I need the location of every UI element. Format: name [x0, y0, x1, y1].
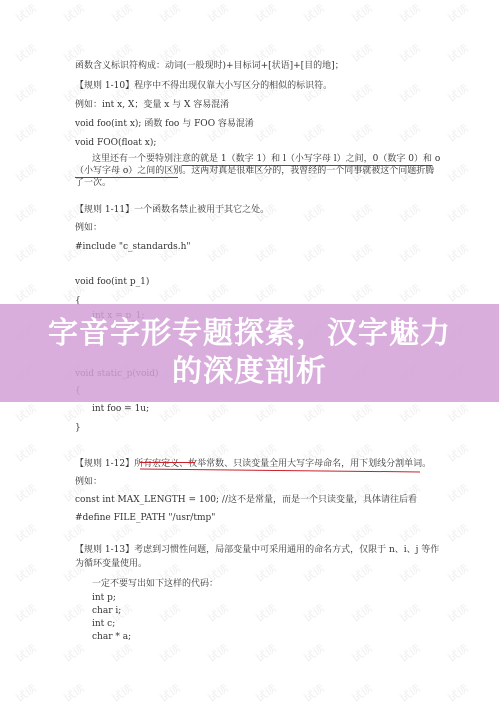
watermark-text: 试读: [12, 680, 39, 706]
watermark-text: 试读: [348, 600, 375, 626]
watermark-text: 试读: [252, 640, 279, 666]
rule-1-11: 【规则 1-11】一个函数名禁止被用于其它之处。: [75, 204, 269, 216]
watermark-text: 试读: [300, 640, 327, 666]
watermark-text: 试读: [156, 280, 183, 306]
watermark-text: 试读: [348, 400, 375, 426]
watermark-text: 试读: [444, 240, 471, 266]
watermark-text: 试读: [204, 600, 231, 626]
watermark-text: 试读: [396, 600, 423, 626]
watermark-text: 试读: [252, 520, 279, 546]
watermark-text: 试读: [108, 640, 135, 666]
red-strikethrough: [140, 462, 195, 463]
example-int-x: 例如：int x, X；变量 x 与 X 容易混淆: [75, 99, 229, 111]
watermark-text: 试读: [156, 400, 183, 426]
watermark-text: 试读: [204, 280, 231, 306]
watermark-text: 试读: [300, 200, 327, 226]
watermark-text: 试读: [60, 680, 87, 706]
watermark-text: 试读: [300, 0, 327, 26]
watermark-text: 试读: [60, 640, 87, 666]
example-label-2: 例如：: [75, 476, 102, 488]
watermark-text: 试读: [12, 560, 39, 586]
watermark-text: 试读: [444, 200, 471, 226]
watermark-text: 试读: [300, 240, 327, 266]
watermark-text: 试读: [12, 0, 39, 26]
watermark-text: 试读: [156, 0, 183, 26]
watermark-text: 试读: [300, 560, 327, 586]
watermark-text: 试读: [348, 680, 375, 706]
watermark-text: 试读: [12, 120, 39, 146]
paragraph-line-1: 这里还有一个要特别注意的就是 1（数字 1）和 l（小写字母 l）之间，0（数字…: [92, 153, 440, 165]
watermark-text: 试读: [348, 80, 375, 106]
watermark-text: 试读: [204, 680, 231, 706]
watermark-text: 试读: [300, 680, 327, 706]
watermark-text: 试读: [396, 200, 423, 226]
dont-write-label: 一定不要写出如下这样的代码：: [92, 578, 218, 590]
watermark-text: 试读: [12, 240, 39, 266]
example-void-foo: void foo(int x); 函数 foo 与 FOO 容易混淆: [75, 118, 254, 130]
watermark-text: 试读: [396, 520, 423, 546]
watermark-text: 试读: [348, 200, 375, 226]
watermark-text: 试读: [108, 680, 135, 706]
watermark-text: 试读: [60, 600, 87, 626]
watermark-text: 试读: [396, 280, 423, 306]
title-banner: 字音字形专题探索，汉字魅力 的深度剖析: [0, 304, 499, 402]
banner-title-line-1: 字音字形专题探索，汉字魅力: [48, 315, 451, 353]
watermark-text: 试读: [396, 560, 423, 586]
watermark-text: 试读: [300, 120, 327, 146]
watermark-text: 试读: [396, 680, 423, 706]
code-line: int c;: [92, 618, 115, 630]
watermark-text: 试读: [348, 120, 375, 146]
watermark-text: 试读: [12, 400, 39, 426]
watermark-text: 试读: [252, 400, 279, 426]
watermark-text: 试读: [444, 680, 471, 706]
example-void-FOO: void FOO(float x);: [75, 137, 156, 149]
document-page: 试读试读试读试读试读试读试读试读试读试读试读试读试读试读试读试读试读试读试读试读…: [0, 0, 499, 706]
watermark-text: 试读: [12, 440, 39, 466]
define-line: #define FILE_PATH "/usr/tmp": [75, 512, 215, 524]
watermark-text: 试读: [348, 520, 375, 546]
watermark-text: 试读: [396, 400, 423, 426]
watermark-text: 试读: [156, 600, 183, 626]
watermark-text: 试读: [12, 520, 39, 546]
watermark-text: 试读: [348, 640, 375, 666]
rule-1-13-line-2: 为循环变量使用。: [75, 558, 147, 570]
banner-title-line-2: 的深度剖析: [172, 353, 327, 391]
watermark-text: 试读: [396, 640, 423, 666]
watermark-text: 试读: [252, 600, 279, 626]
watermark-text: 试读: [348, 240, 375, 266]
watermark-text: 试读: [12, 480, 39, 506]
watermark-text: 试读: [252, 240, 279, 266]
watermark-text: 试读: [396, 80, 423, 106]
watermark-text: 试读: [60, 0, 87, 26]
watermark-text: 试读: [444, 120, 471, 146]
example-label: 例如：: [75, 222, 102, 234]
watermark-text: 试读: [300, 400, 327, 426]
watermark-text: 试读: [444, 520, 471, 546]
watermark-text: 试读: [396, 240, 423, 266]
watermark-text: 试读: [396, 0, 423, 26]
watermark-text: 试读: [396, 40, 423, 66]
watermark-text: 试读: [12, 80, 39, 106]
watermark-text: 试读: [444, 0, 471, 26]
watermark-text: 试读: [12, 40, 39, 66]
watermark-text: 试读: [204, 400, 231, 426]
static-body: int foo = 1u;: [92, 403, 149, 415]
watermark-text: 试读: [348, 560, 375, 586]
watermark-text: 试读: [204, 240, 231, 266]
rule-1-13-line-1: 【规则 1-13】考虑到习惯性问题，局部变量中可采用通用的命名方式，仅限于 n、…: [75, 544, 439, 556]
watermark-text: 试读: [444, 560, 471, 586]
watermark-text: 试读: [444, 400, 471, 426]
watermark-text: 试读: [348, 280, 375, 306]
watermark-text: 试读: [12, 160, 39, 186]
rule-1-10: 【规则 1-10】程序中不得出现仅靠大小写区分的相似的标识符。: [75, 80, 332, 92]
watermark-text: 试读: [12, 600, 39, 626]
watermark-text: 试读: [108, 0, 135, 26]
watermark-text: 试读: [300, 600, 327, 626]
watermark-text: 试读: [300, 280, 327, 306]
watermark-text: 试读: [252, 0, 279, 26]
watermark-text: 试读: [300, 520, 327, 546]
watermark-text: 试读: [60, 400, 87, 426]
code-line: char i;: [92, 605, 121, 617]
watermark-text: 试读: [444, 440, 471, 466]
watermark-text: 试读: [444, 640, 471, 666]
watermark-text: 试读: [252, 560, 279, 586]
watermark-text: 试读: [12, 280, 39, 306]
watermark-text: 试读: [252, 120, 279, 146]
identifier-composition-line: 函数含义标识符构成：动词(一般现时)+目标词+[状语]+[目的地]；: [75, 60, 344, 72]
watermark-text: 试读: [444, 80, 471, 106]
paragraph-line-3: 了一次。: [75, 177, 111, 189]
watermark-text: 试读: [12, 200, 39, 226]
paragraph-line-2: （小写字母 o）之间的区别。这两对真是很难区分的，我曾经的一个同事就被这个问题折…: [75, 165, 434, 177]
watermark-text: 试读: [204, 640, 231, 666]
watermark-text: 试读: [12, 640, 39, 666]
watermark-text: 试读: [444, 280, 471, 306]
foo-declaration: void foo(int p_1): [75, 276, 149, 288]
watermark-text: 试读: [252, 680, 279, 706]
rule-1-12: 【规则 1-12】所有宏定义、枚举常数、只读变量全用大写字母命名，用下划线分割单…: [75, 458, 431, 470]
code-line: char * a;: [92, 631, 131, 643]
const-line: const int MAX_LENGTH = 100; //这不是常量，而是一个…: [75, 494, 417, 506]
watermark-text: 试读: [444, 160, 471, 186]
watermark-text: 试读: [444, 480, 471, 506]
close-brace: }: [75, 422, 81, 434]
watermark-text: 试读: [444, 40, 471, 66]
watermark-text: 试读: [204, 0, 231, 26]
code-line: int p;: [92, 592, 116, 604]
watermark-text: 试读: [348, 0, 375, 26]
watermark-text: 试读: [156, 640, 183, 666]
watermark-text: 试读: [348, 40, 375, 66]
watermark-text: 试读: [156, 680, 183, 706]
watermark-text: 试读: [396, 120, 423, 146]
include-line: #include "c_standards.h": [75, 241, 191, 253]
watermark-text: 试读: [444, 600, 471, 626]
watermark-text: 试读: [252, 280, 279, 306]
